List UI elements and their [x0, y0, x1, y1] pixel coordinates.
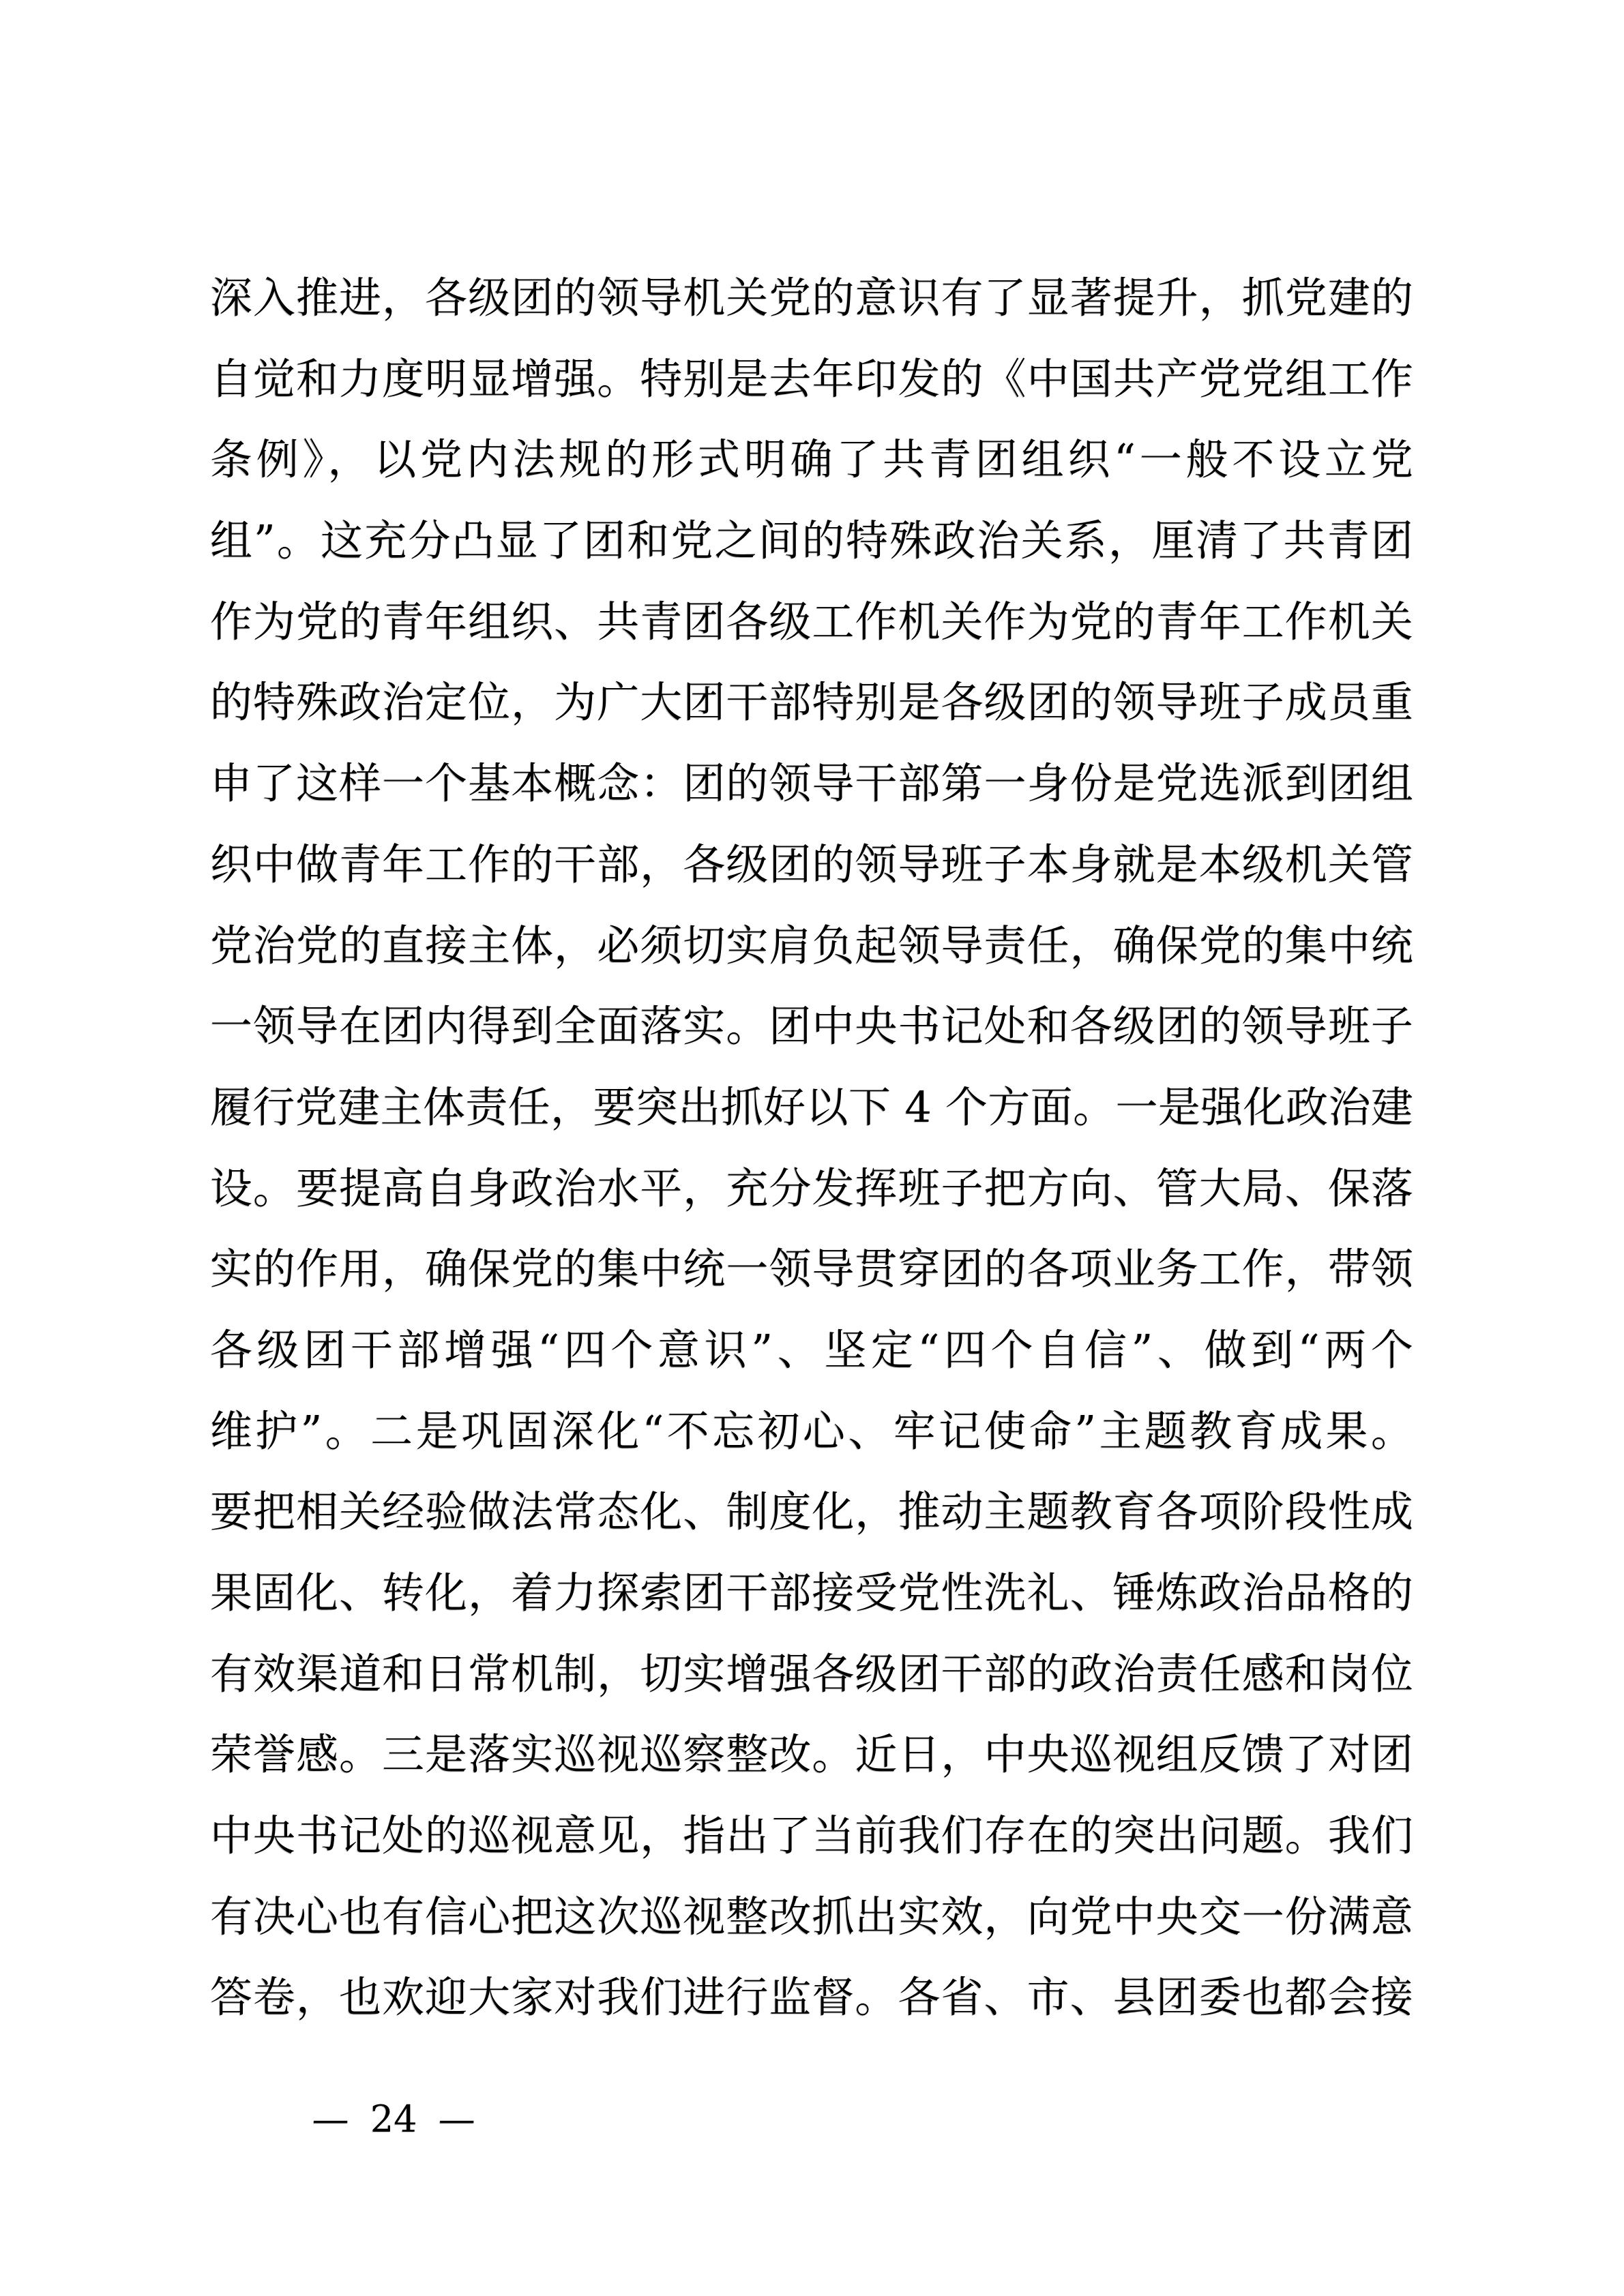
- text-line: 的特殊政治定位，为广大团干部特别是各级团的领导班子成员重: [210, 662, 1413, 743]
- text-line: 果固化、转化，着力探索团干部接受党性洗礼、锤炼政治品格的: [210, 1553, 1413, 1634]
- text-line: 有决心也有信心把这次巡视整改抓出实效，向党中央交一份满意: [210, 1877, 1413, 1958]
- text-line: 一领导在团内得到全面落实。团中央书记处和各级团的领导班子: [210, 986, 1413, 1067]
- text-line: 各级团干部增强“四个意识”、坚定“四个自信”、做到“两个: [210, 1310, 1413, 1391]
- document-page: 深入推进，各级团的领导机关党的意识有了显著提升，抓党建的 自觉和力度明显增强。特…: [0, 0, 1624, 2296]
- text-line: 有效渠道和日常机制，切实增强各级团干部的政治责任感和岗位: [210, 1634, 1413, 1715]
- body-text: 深入推进，各级团的领导机关党的意识有了显著提升，抓党建的 自觉和力度明显增强。特…: [210, 258, 1413, 2038]
- text-line: 申了这样一个基本概念：团的领导干部第一身份是党选派到团组: [210, 743, 1413, 824]
- page-number: — 24 —: [312, 2098, 475, 2141]
- text-line: 荣誉感。三是落实巡视巡察整改。近日，中央巡视组反馈了对团: [210, 1714, 1413, 1795]
- text-line: 深入推进，各级团的领导机关党的意识有了显著提升，抓党建的: [210, 258, 1413, 339]
- text-line: 中央书记处的巡视意见，指出了当前我们存在的突出问题。我们: [210, 1795, 1413, 1877]
- page-footer: — 24 —: [227, 2064, 475, 2101]
- text-line: 答卷，也欢迎大家对我们进行监督。各省、市、县团委也都会接: [210, 1957, 1413, 2038]
- text-line: 要把相关经验做法常态化、制度化，推动主题教育各项阶段性成: [210, 1472, 1413, 1553]
- text-line: 自觉和力度明显增强。特别是去年印发的《中国共产党党组工作: [210, 339, 1413, 420]
- text-line: 党治党的直接主体，必须切实肩负起领导责任，确保党的集中统: [210, 906, 1413, 987]
- text-line: 条例》，以党内法规的形式明确了共青团组织“一般不设立党: [210, 419, 1413, 501]
- text-line: 维护”。二是巩固深化“不忘初心、牢记使命”主题教育成果。: [210, 1391, 1413, 1472]
- text-line: 组”。这充分凸显了团和党之间的特殊政治关系，厘清了共青团: [210, 501, 1413, 582]
- text-line: 作为党的青年组织、共青团各级工作机关作为党的青年工作机关: [210, 582, 1413, 663]
- text-line: 履行党建主体责任，要突出抓好以下 4 个方面。一是强化政治建: [210, 1067, 1413, 1148]
- text-line: 设。要提高自身政治水平，充分发挥班子把方向、管大局、保落: [210, 1148, 1413, 1229]
- text-line: 织中做青年工作的干部，各级团的领导班子本身就是本级机关管: [210, 824, 1413, 906]
- text-line: 实的作用，确保党的集中统一领导贯穿团的各项业务工作，带领: [210, 1229, 1413, 1310]
